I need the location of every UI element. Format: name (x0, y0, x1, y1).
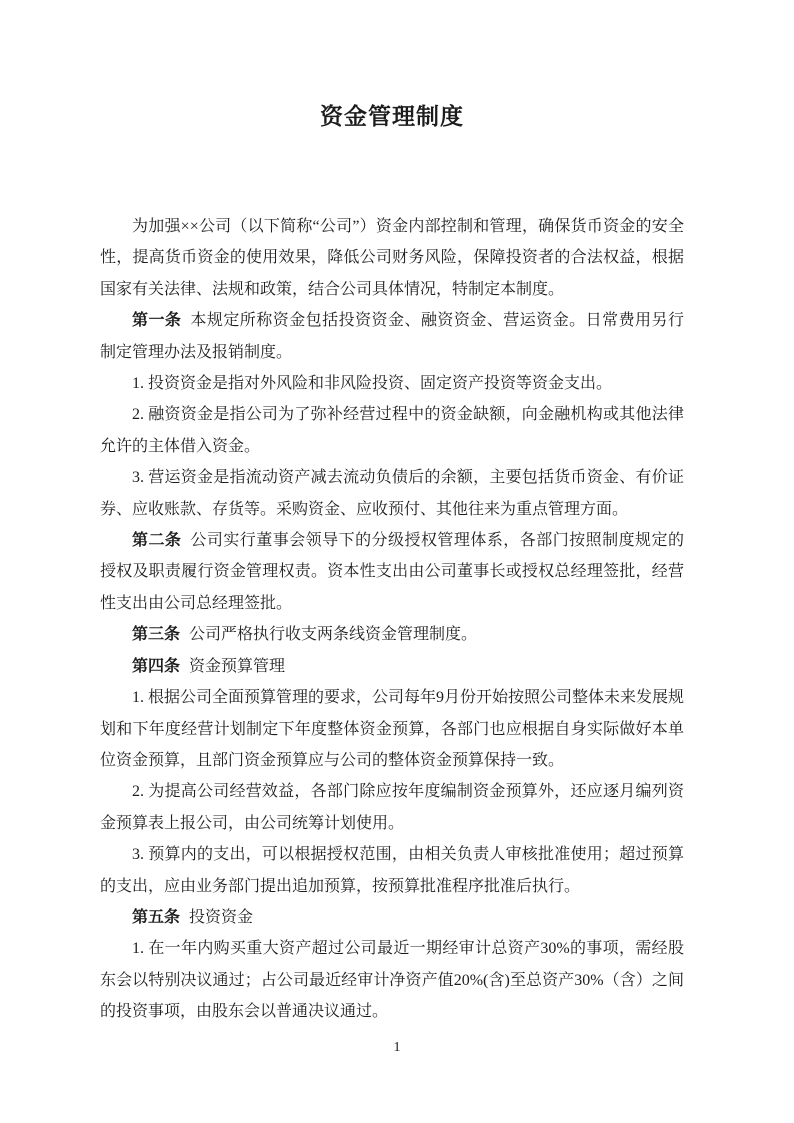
paragraph-text: 3. 营运资金是指流动资产减去流动负债后的余额，主要包括货币资金、有价证券、应收… (100, 469, 684, 517)
article-label: 第五条 (132, 909, 180, 926)
body-paragraph: 2. 为提高公司经营效益，各部门除应按年度编制资金预算外，还应逐月编列资金预算表… (100, 776, 684, 839)
paragraph-text: 公司实行董事会领导下的分级授权管理体系，各部门按照制度规定的授权及职责履行资金管… (100, 532, 684, 612)
paragraph-text: 1. 投资资金是指对外风险和非风险投资、固定资产投资等资金支出。 (132, 375, 612, 392)
article-label: 第三条 (132, 626, 180, 643)
article-label: 第一条 (132, 312, 181, 329)
paragraph-text: 为加强××公司（以下简称“公司”）资金内部控制和管理，确保货币资金的安全性，提高… (100, 218, 684, 298)
body-paragraph: 3. 预算内的支出，可以根据授权范围，由相关负责人审核批准使用；超过预算的支出，… (100, 839, 684, 902)
document-title: 资金管理制度 (100, 103, 684, 131)
body-paragraph: 1. 在一年内购买重大资产超过公司最近一期经审计总资产30%的事项，需经股东会以… (100, 933, 684, 1027)
article-paragraph: 第一条本规定所称资金包括投资资金、融资资金、营运资金。日常费用另行制定管理办法及… (100, 305, 684, 368)
paragraph-text: 投资资金 (189, 909, 253, 926)
article-paragraph: 第二条公司实行董事会领导下的分级授权管理体系，各部门按照制度规定的授权及职责履行… (100, 525, 684, 619)
body-paragraph: 1. 投资资金是指对外风险和非风险投资、固定资产投资等资金支出。 (100, 368, 684, 399)
document-page: 资金管理制度 为加强××公司（以下简称“公司”）资金内部控制和管理，确保货币资金… (0, 0, 794, 1123)
article-label: 第四条 (132, 658, 180, 675)
body-paragraph: 3. 营运资金是指流动资产减去流动负债后的余额，主要包括货币资金、有价证券、应收… (100, 462, 684, 525)
body-paragraph: 1. 根据公司全面预算管理的要求，公司每年9月份开始按照公司整体未来发展规划和下… (100, 682, 684, 776)
paragraph-text: 1. 根据公司全面预算管理的要求，公司每年9月份开始按照公司整体未来发展规划和下… (100, 689, 684, 769)
paragraph-text: 2. 融资资金是指公司为了弥补经营过程中的资金缺额，向金融机构或其他法律允许的主… (100, 406, 684, 454)
body-paragraph: 为加强××公司（以下简称“公司”）资金内部控制和管理，确保货币资金的安全性，提高… (100, 211, 684, 305)
paragraph-text: 1. 在一年内购买重大资产超过公司最近一期经审计总资产30%的事项，需经股东会以… (100, 940, 684, 1020)
paragraph-text: 3. 预算内的支出，可以根据授权范围，由相关负责人审核批准使用；超过预算的支出，… (100, 846, 684, 894)
article-paragraph: 第五条投资资金 (100, 902, 684, 933)
paragraph-text: 本规定所称资金包括投资资金、融资资金、营运资金。日常费用另行制定管理办法及报销制… (100, 312, 684, 360)
article-paragraph: 第四条资金预算管理 (100, 651, 684, 682)
document-body: 为加强××公司（以下简称“公司”）资金内部控制和管理，确保货币资金的安全性，提高… (100, 211, 684, 1028)
paragraph-text: 公司严格执行收支两条线资金管理制度。 (189, 626, 477, 643)
body-paragraph: 2. 融资资金是指公司为了弥补经营过程中的资金缺额，向金融机构或其他法律允许的主… (100, 399, 684, 462)
article-label: 第二条 (132, 532, 181, 549)
paragraph-text: 2. 为提高公司经营效益，各部门除应按年度编制资金预算外，还应逐月编列资金预算表… (100, 783, 684, 831)
paragraph-text: 资金预算管理 (189, 658, 285, 675)
page-number: 1 (0, 1038, 794, 1058)
article-paragraph: 第三条公司严格执行收支两条线资金管理制度。 (100, 619, 684, 650)
